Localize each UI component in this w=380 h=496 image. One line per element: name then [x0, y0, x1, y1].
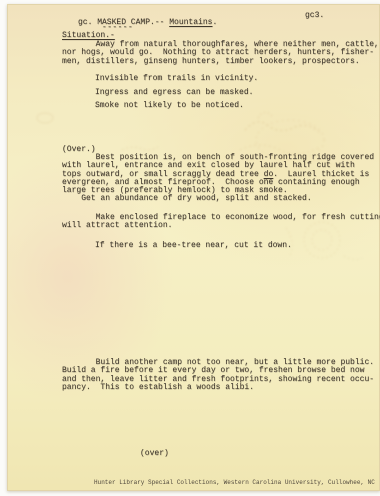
- scanned-document-page: gc3. gc. MASKED CAMP.-- Mountains. -----…: [0, 0, 380, 496]
- line-bee-tree: If there is a bee-tree near, cut it down…: [95, 242, 292, 250]
- paragraph-best-position: Best position is, on bench of south-fron…: [62, 154, 374, 204]
- heading-suffix: .: [212, 18, 217, 27]
- over-footer: (over): [140, 450, 169, 458]
- paragraph-fireplace: Make enclosed fireplace to economize woo…: [62, 214, 380, 231]
- page-code: gc3.: [305, 12, 324, 20]
- paragraph-decoy-camp: Build another camp not too near, but a l…: [62, 359, 374, 392]
- heading-underlined-word: Mountains: [169, 18, 212, 27]
- archive-credit-line: Hunter Library Special Collections, West…: [94, 479, 375, 486]
- situation-notes: Invisible from trails in vicinity. Ingre…: [95, 72, 258, 113]
- document-heading: gc. MASKED CAMP.-- Mountains.: [78, 19, 217, 27]
- paragraph-situation: Away from natural thoroughfares, where n…: [62, 41, 379, 66]
